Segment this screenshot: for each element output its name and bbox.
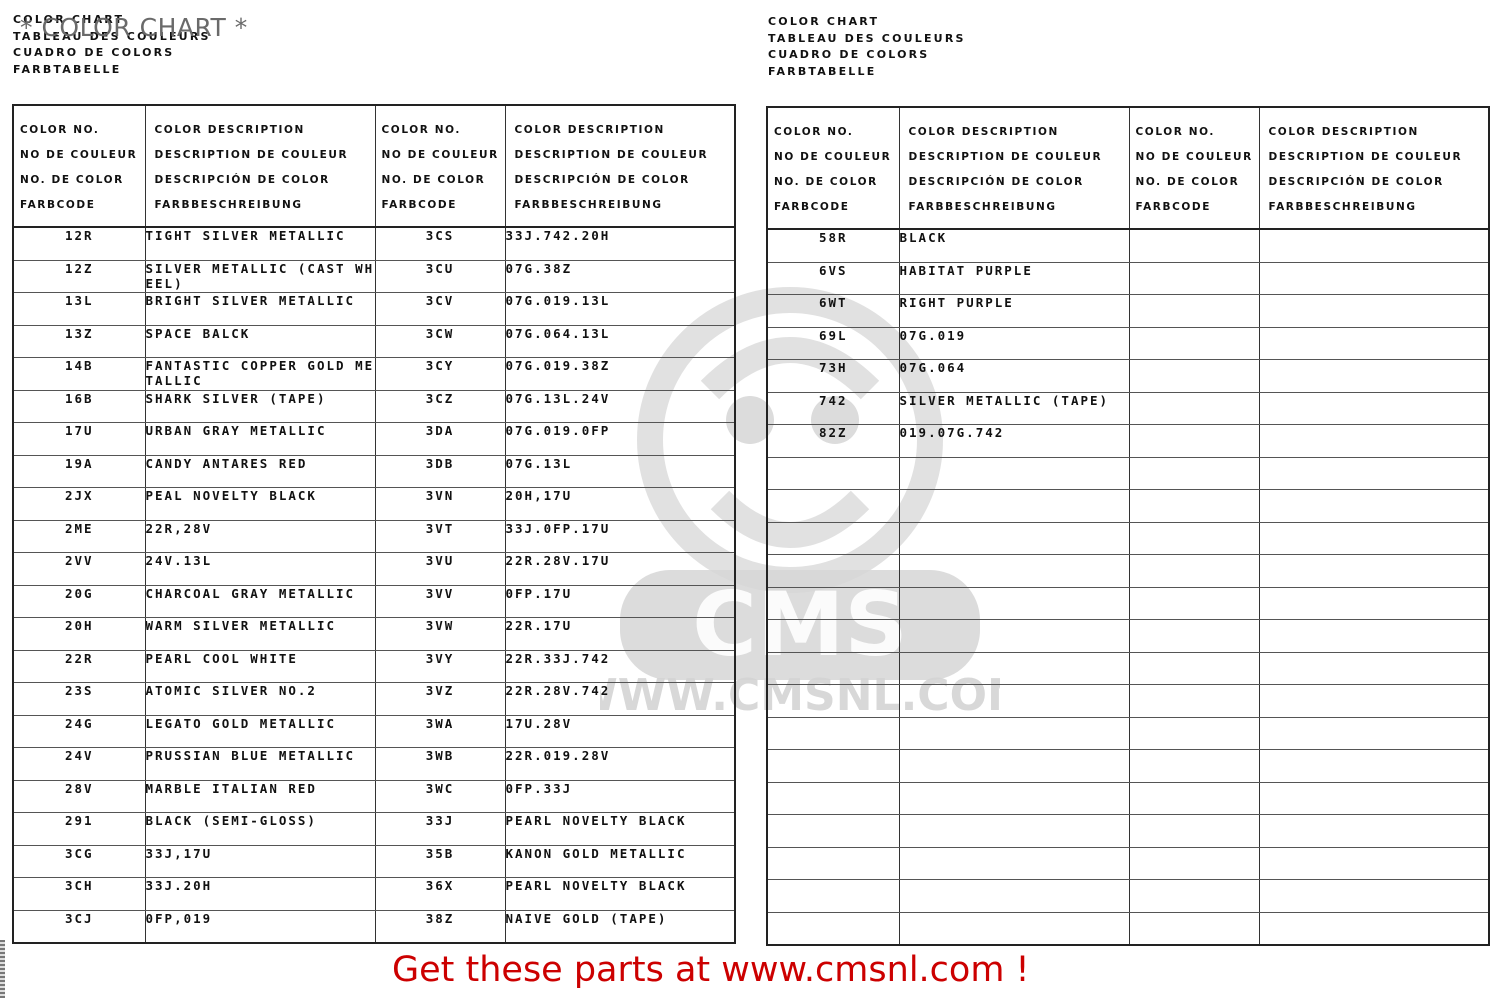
color-code-cell	[767, 457, 899, 490]
color-description-cell	[899, 652, 1129, 685]
color-code-cell: 3VV	[375, 585, 505, 618]
color-description-cell	[1259, 912, 1489, 945]
color-code-cell: 2VV	[13, 553, 145, 586]
color-description-cell: 07G.13L	[505, 455, 735, 488]
color-description-cell: 33J.0FP.17U	[505, 520, 735, 553]
table-row	[767, 685, 1489, 718]
color-code-cell: 3CJ	[13, 910, 145, 943]
table-row	[767, 717, 1489, 750]
heading-line: CUADRO DE COLORS	[768, 47, 966, 64]
color-description-cell	[1259, 750, 1489, 783]
color-chart-table-left: COLOR NO.NO DE COULEURNO. DE COLORFARBCO…	[12, 104, 736, 944]
color-description-cell: BRIGHT SILVER METALLIC	[145, 293, 375, 326]
color-code-cell: 23S	[13, 683, 145, 716]
heading-line: FARBTABELLE	[13, 62, 211, 79]
color-code-cell: 742	[767, 392, 899, 425]
color-description-cell: BLACK	[899, 229, 1129, 262]
color-description-cell: PEAL NOVELTY BLACK	[145, 488, 375, 521]
color-code-cell	[1129, 229, 1259, 262]
table-row: 3CJ0FP,01938ZNAIVE GOLD (TAPE)	[13, 910, 735, 943]
header-color-description: COLOR DESCRIPTIONDESCRIPTION DE COULEURD…	[899, 107, 1129, 229]
color-code-cell: 12R	[13, 227, 145, 260]
color-code-cell: 3VY	[375, 650, 505, 683]
color-description-cell	[1259, 782, 1489, 815]
color-code-cell: 3VN	[375, 488, 505, 521]
color-code-cell: 3CY	[375, 358, 505, 391]
color-code-cell	[1129, 750, 1259, 783]
color-description-cell	[899, 685, 1129, 718]
heading-line: CUADRO DE COLORS	[13, 45, 211, 62]
scan-edge-artifact	[0, 940, 5, 998]
color-code-cell: 73H	[767, 360, 899, 393]
color-description-cell	[899, 717, 1129, 750]
color-code-cell: 3VW	[375, 618, 505, 651]
table-row: 2JXPEAL NOVELTY BLACK3VN20H,17U	[13, 488, 735, 521]
color-code-cell	[1129, 782, 1259, 815]
color-code-cell: 3DB	[375, 455, 505, 488]
color-code-cell: 2ME	[13, 520, 145, 553]
color-code-cell	[1129, 847, 1259, 880]
color-chart-table-right: COLOR NO.NO DE COULEURNO. DE COLORFARBCO…	[766, 106, 1490, 946]
color-description-cell: 33J.20H	[145, 878, 375, 911]
color-description-cell	[1259, 652, 1489, 685]
color-description-cell	[899, 587, 1129, 620]
table-row	[767, 880, 1489, 913]
heading-right: COLOR CHART TABLEAU DES COULEURS CUADRO …	[768, 14, 966, 80]
color-description-cell	[1259, 425, 1489, 458]
color-description-cell: 0FP.33J	[505, 780, 735, 813]
color-code-cell	[1129, 587, 1259, 620]
color-description-cell: 07G.019.38Z	[505, 358, 735, 391]
header-color-description: COLOR DESCRIPTIONDESCRIPTION DE COULEURD…	[505, 105, 735, 227]
color-code-cell: 82Z	[767, 425, 899, 458]
color-code-cell: 3CS	[375, 227, 505, 260]
color-code-cell: 28V	[13, 780, 145, 813]
table-row: 28VMARBLE ITALIAN RED3WC0FP.33J	[13, 780, 735, 813]
color-code-cell	[767, 620, 899, 653]
table-row: 20HWARM SILVER METALLIC3VW22R.17U	[13, 618, 735, 651]
color-description-cell	[899, 490, 1129, 523]
color-description-cell	[899, 815, 1129, 848]
color-description-cell	[899, 847, 1129, 880]
color-description-cell	[1259, 815, 1489, 848]
color-code-cell: 20H	[13, 618, 145, 651]
color-description-cell	[899, 522, 1129, 555]
color-code-cell	[1129, 912, 1259, 945]
color-description-cell	[1259, 392, 1489, 425]
color-code-cell: 58R	[767, 229, 899, 262]
footer-link-text[interactable]: Get these parts at www.cmsnl.com !	[392, 950, 1030, 990]
color-description-cell: 07G.019.13L	[505, 293, 735, 326]
color-code-cell: 3CZ	[375, 390, 505, 423]
table-header-row: COLOR NO.NO DE COULEURNO. DE COLORFARBCO…	[767, 107, 1489, 229]
color-description-cell	[1259, 587, 1489, 620]
color-code-cell	[1129, 425, 1259, 458]
color-code-cell: 35B	[375, 845, 505, 878]
color-description-cell: 019.07G.742	[899, 425, 1129, 458]
color-description-cell	[1259, 490, 1489, 523]
color-code-cell: 22R	[13, 650, 145, 683]
color-code-cell: 14B	[13, 358, 145, 391]
color-description-cell	[1259, 522, 1489, 555]
color-description-cell: PEARL NOVELTY BLACK	[505, 813, 735, 846]
color-code-cell	[767, 555, 899, 588]
table-row: 58RBLACK	[767, 229, 1489, 262]
table-row: 13LBRIGHT SILVER METALLIC3CV07G.019.13L	[13, 293, 735, 326]
color-description-cell: RIGHT PURPLE	[899, 295, 1129, 328]
table-row: 17UURBAN GRAY METALLIC3DA07G.019.0FP	[13, 423, 735, 456]
color-description-cell	[899, 555, 1129, 588]
color-code-cell	[767, 522, 899, 555]
header-color-description: COLOR DESCRIPTIONDESCRIPTION DE COULEURD…	[1259, 107, 1489, 229]
color-description-cell	[1259, 620, 1489, 653]
table-row	[767, 620, 1489, 653]
table-row: 742SILVER METALLIC (TAPE)	[767, 392, 1489, 425]
header-color-description: COLOR DESCRIPTIONDESCRIPTION DE COULEURD…	[145, 105, 375, 227]
color-description-cell	[1259, 262, 1489, 295]
table-row: 12ZSILVER METALLIC (CAST WHEEL)3CU07G.38…	[13, 260, 735, 293]
color-code-cell: 13Z	[13, 325, 145, 358]
color-code-cell	[1129, 457, 1259, 490]
color-description-cell: 07G.019.0FP	[505, 423, 735, 456]
table-row: 6VSHABITAT PURPLE	[767, 262, 1489, 295]
color-description-cell	[899, 912, 1129, 945]
table-row: 22RPEARL COOL WHITE3VY22R.33J.742	[13, 650, 735, 683]
color-description-cell: PEARL COOL WHITE	[145, 650, 375, 683]
color-code-cell: 16B	[13, 390, 145, 423]
header-color-no: COLOR NO.NO DE COULEURNO. DE COLORFARBCO…	[375, 105, 505, 227]
color-description-cell: ATOMIC SILVER NO.2	[145, 683, 375, 716]
table-row	[767, 587, 1489, 620]
table-row	[767, 457, 1489, 490]
table-row	[767, 490, 1489, 523]
table-row: 23SATOMIC SILVER NO.23VZ22R.28V.742	[13, 683, 735, 716]
color-code-cell	[767, 717, 899, 750]
color-description-cell: HABITAT PURPLE	[899, 262, 1129, 295]
color-code-cell: 3CV	[375, 293, 505, 326]
table-row: 20GCHARCOAL GRAY METALLIC3VV0FP.17U	[13, 585, 735, 618]
color-description-cell: WARM SILVER METALLIC	[145, 618, 375, 651]
color-description-cell: 22R.019.28V	[505, 748, 735, 781]
color-description-cell: PEARL NOVELTY BLACK	[505, 878, 735, 911]
overlay-title: * COLOR CHART *	[20, 13, 248, 42]
table-row	[767, 522, 1489, 555]
header-color-no: COLOR NO.NO DE COULEURNO. DE COLORFARBCO…	[13, 105, 145, 227]
color-code-cell	[1129, 685, 1259, 718]
color-description-cell: NAIVE GOLD (TAPE)	[505, 910, 735, 943]
heading-line: TABLEAU DES COULEURS	[768, 31, 966, 48]
table-row: 73H07G.064	[767, 360, 1489, 393]
color-description-cell	[1259, 360, 1489, 393]
table-row	[767, 912, 1489, 945]
color-description-cell: 22R.28V.17U	[505, 553, 735, 586]
color-description-cell: 20H,17U	[505, 488, 735, 521]
color-code-cell	[1129, 295, 1259, 328]
color-description-cell: 33J,17U	[145, 845, 375, 878]
color-code-cell	[767, 685, 899, 718]
color-code-cell: 3VZ	[375, 683, 505, 716]
table-row: 14BFANTASTIC COPPER GOLD METALLIC3CY07G.…	[13, 358, 735, 391]
color-description-cell: 07G.064.13L	[505, 325, 735, 358]
color-description-cell: URBAN GRAY METALLIC	[145, 423, 375, 456]
color-code-cell: 24G	[13, 715, 145, 748]
color-description-cell: 0FP.17U	[505, 585, 735, 618]
color-code-cell: 17U	[13, 423, 145, 456]
color-description-cell	[1259, 717, 1489, 750]
color-code-cell	[1129, 717, 1259, 750]
color-code-cell	[1129, 652, 1259, 685]
table-row: 24GLEGATO GOLD METALLIC3WA17U.28V	[13, 715, 735, 748]
color-code-cell: 3DA	[375, 423, 505, 456]
color-code-cell	[1129, 262, 1259, 295]
table-row: 2ME22R,28V3VT33J.0FP.17U	[13, 520, 735, 553]
color-description-cell: 17U.28V	[505, 715, 735, 748]
color-description-cell: 22R.33J.742	[505, 650, 735, 683]
table-row: 82Z019.07G.742	[767, 425, 1489, 458]
color-code-cell	[767, 490, 899, 523]
table-row	[767, 782, 1489, 815]
header-color-no: COLOR NO.NO DE COULEURNO. DE COLORFARBCO…	[1129, 107, 1259, 229]
color-code-cell	[767, 782, 899, 815]
color-description-cell: SHARK SILVER (TAPE)	[145, 390, 375, 423]
color-code-cell: 6VS	[767, 262, 899, 295]
table-row	[767, 847, 1489, 880]
color-description-cell	[1259, 685, 1489, 718]
color-code-cell	[767, 750, 899, 783]
table-row: 24VPRUSSIAN BLUE METALLIC3WB22R.019.28V	[13, 748, 735, 781]
color-code-cell: 3CU	[375, 260, 505, 293]
color-code-cell: 2JX	[13, 488, 145, 521]
table-row: 3CG33J,17U35BKANON GOLD METALLIC	[13, 845, 735, 878]
color-code-cell: 20G	[13, 585, 145, 618]
heading-line: FARBTABELLE	[768, 64, 966, 81]
color-code-cell: 19A	[13, 455, 145, 488]
color-description-cell: 22R.28V.742	[505, 683, 735, 716]
color-code-cell	[1129, 555, 1259, 588]
table-row: 6WTRIGHT PURPLE	[767, 295, 1489, 328]
color-code-cell	[1129, 522, 1259, 555]
color-code-cell: 3CW	[375, 325, 505, 358]
color-code-cell	[1129, 327, 1259, 360]
color-description-cell	[1259, 880, 1489, 913]
color-code-cell: 3CG	[13, 845, 145, 878]
color-description-cell: 07G.13L.24V	[505, 390, 735, 423]
color-code-cell: 13L	[13, 293, 145, 326]
color-code-cell	[1129, 815, 1259, 848]
color-code-cell	[1129, 620, 1259, 653]
color-description-cell	[1259, 847, 1489, 880]
color-description-cell: 24V.13L	[145, 553, 375, 586]
table-row: 13ZSPACE BALCK3CW07G.064.13L	[13, 325, 735, 358]
color-description-cell: FANTASTIC COPPER GOLD METALLIC	[145, 358, 375, 391]
color-description-cell	[1259, 229, 1489, 262]
color-description-cell: 0FP,019	[145, 910, 375, 943]
color-description-cell: 07G.064	[899, 360, 1129, 393]
color-description-cell: 33J.742.20H	[505, 227, 735, 260]
table-row	[767, 815, 1489, 848]
table-row: 3CH33J.20H36XPEARL NOVELTY BLACK	[13, 878, 735, 911]
table-row	[767, 750, 1489, 783]
color-description-cell: PRUSSIAN BLUE METALLIC	[145, 748, 375, 781]
color-code-cell	[767, 652, 899, 685]
color-code-cell: 3VT	[375, 520, 505, 553]
color-code-cell: 69L	[767, 327, 899, 360]
color-description-cell	[899, 620, 1129, 653]
color-description-cell: MARBLE ITALIAN RED	[145, 780, 375, 813]
color-code-cell: 24V	[13, 748, 145, 781]
table-row: 291BLACK (SEMI-GLOSS)33JPEARL NOVELTY BL…	[13, 813, 735, 846]
color-description-cell	[1259, 457, 1489, 490]
color-code-cell	[767, 815, 899, 848]
color-description-cell	[899, 782, 1129, 815]
color-description-cell: 07G.38Z	[505, 260, 735, 293]
color-code-cell	[767, 880, 899, 913]
color-description-cell: LEGATO GOLD METALLIC	[145, 715, 375, 748]
color-code-cell	[767, 847, 899, 880]
color-code-cell: 3WB	[375, 748, 505, 781]
color-code-cell: 36X	[375, 878, 505, 911]
color-description-cell	[1259, 295, 1489, 328]
table-row: 16BSHARK SILVER (TAPE)3CZ07G.13L.24V	[13, 390, 735, 423]
table-row: 12RTIGHT SILVER METALLIC3CS33J.742.20H	[13, 227, 735, 260]
color-code-cell: 38Z	[375, 910, 505, 943]
color-code-cell: 3WC	[375, 780, 505, 813]
table-row	[767, 652, 1489, 685]
color-description-cell: BLACK (SEMI-GLOSS)	[145, 813, 375, 846]
color-code-cell: 6WT	[767, 295, 899, 328]
color-description-cell: KANON GOLD METALLIC	[505, 845, 735, 878]
color-code-cell	[1129, 360, 1259, 393]
color-description-cell: 22R.17U	[505, 618, 735, 651]
color-code-cell	[1129, 880, 1259, 913]
color-description-cell: 07G.019	[899, 327, 1129, 360]
table-row	[767, 555, 1489, 588]
color-description-cell	[899, 750, 1129, 783]
table-row: 69L07G.019	[767, 327, 1489, 360]
color-description-cell	[899, 457, 1129, 490]
color-description-cell: 22R,28V	[145, 520, 375, 553]
table-header-row: COLOR NO.NO DE COULEURNO. DE COLORFARBCO…	[13, 105, 735, 227]
color-description-cell: TIGHT SILVER METALLIC	[145, 227, 375, 260]
color-code-cell: 3WA	[375, 715, 505, 748]
color-description-cell: SILVER METALLIC (TAPE)	[899, 392, 1129, 425]
color-code-cell	[1129, 392, 1259, 425]
color-description-cell: SPACE BALCK	[145, 325, 375, 358]
color-description-cell	[1259, 555, 1489, 588]
color-code-cell: 3VU	[375, 553, 505, 586]
color-description-cell: SILVER METALLIC (CAST WHEEL)	[145, 260, 375, 293]
table-row: 2VV24V.13L3VU22R.28V.17U	[13, 553, 735, 586]
color-description-cell: CANDY ANTARES RED	[145, 455, 375, 488]
heading-line: COLOR CHART	[768, 14, 966, 31]
color-code-cell: 12Z	[13, 260, 145, 293]
header-color-no: COLOR NO.NO DE COULEURNO. DE COLORFARBCO…	[767, 107, 899, 229]
color-description-cell	[899, 880, 1129, 913]
color-code-cell: 33J	[375, 813, 505, 846]
color-description-cell: CHARCOAL GRAY METALLIC	[145, 585, 375, 618]
color-description-cell	[1259, 327, 1489, 360]
color-code-cell	[767, 912, 899, 945]
color-code-cell	[1129, 490, 1259, 523]
color-code-cell: 291	[13, 813, 145, 846]
color-code-cell	[767, 587, 899, 620]
color-code-cell: 3CH	[13, 878, 145, 911]
table-row: 19ACANDY ANTARES RED3DB07G.13L	[13, 455, 735, 488]
